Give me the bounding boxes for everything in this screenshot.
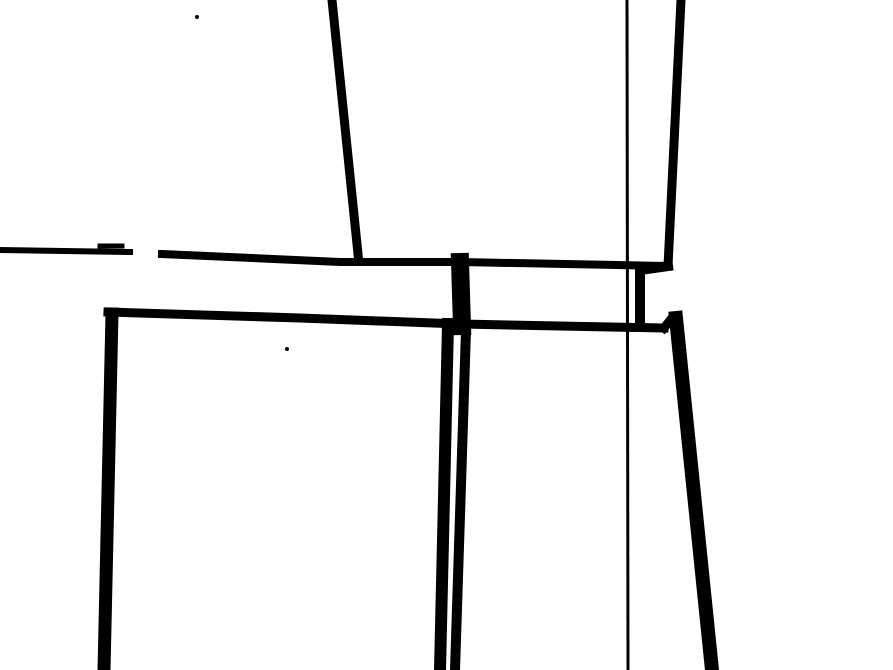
leg-center-outer (440, 324, 448, 670)
back-post-right (668, 0, 681, 266)
line-drawing (0, 0, 893, 670)
top-rail-right-corner (640, 266, 668, 326)
chair-sketch (0, 0, 893, 670)
leg-center-inner (455, 330, 466, 670)
reference-line (627, 0, 628, 670)
speck (195, 15, 199, 19)
leg-left (104, 314, 112, 670)
back-post-left (332, 0, 358, 254)
top-rail-left-segment (0, 250, 130, 252)
speck (285, 347, 289, 351)
top-rail (162, 254, 668, 266)
lower-rail (108, 312, 664, 328)
center-junction (460, 262, 462, 326)
leg-right (676, 318, 712, 670)
